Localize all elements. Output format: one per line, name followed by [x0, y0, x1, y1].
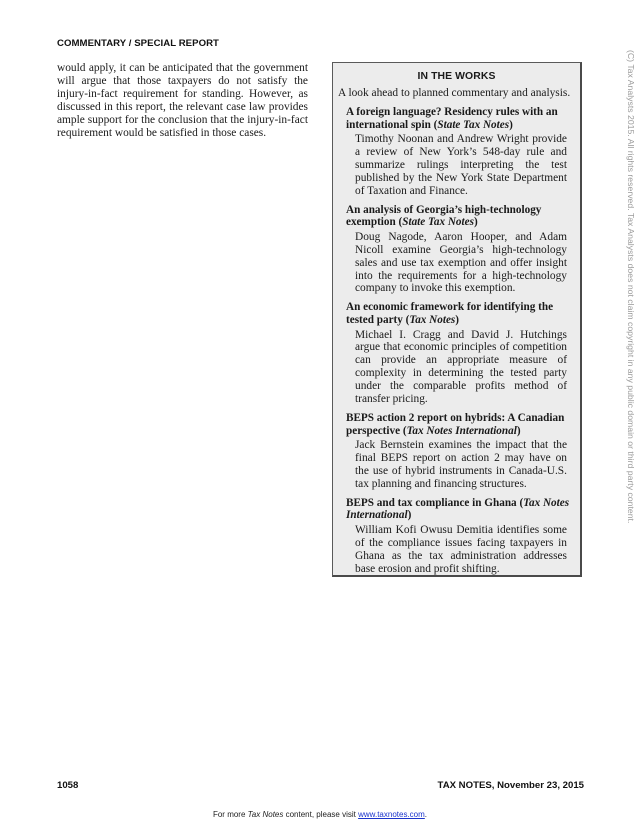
- item-title: A foreign language? Residency rules with…: [338, 106, 575, 131]
- item-title-close: ): [408, 509, 412, 521]
- in-the-works-sidebar: IN THE WORKS A look ahead to planned com…: [332, 62, 582, 577]
- sidebar-intro: A look ahead to planned commentary and a…: [338, 87, 575, 100]
- item-title: BEPS action 2 report on hybrids: A Canad…: [338, 412, 575, 437]
- item-description: Timothy Noonan and Andrew Wright pro­vid…: [338, 133, 575, 198]
- item-title: An analysis of Georgia’s high-technology…: [338, 204, 575, 229]
- item-description: Doug Nagode, Aaron Hooper, and Adam Nico…: [338, 231, 575, 296]
- footer-note-middle: content, please visit: [283, 810, 358, 819]
- footer-note-italic: Tax Notes: [248, 810, 284, 819]
- taxnotes-link[interactable]: www.taxnotes.com: [358, 810, 425, 819]
- item-title: BEPS and tax compliance in Ghana (Tax No…: [338, 497, 575, 522]
- sidebar-item: A foreign language? Residency rules with…: [338, 106, 575, 198]
- sidebar-item: An economic framework for identifying th…: [338, 301, 575, 406]
- item-title-close: ): [474, 216, 478, 228]
- running-head: COMMENTARY / SPECIAL REPORT: [57, 38, 219, 49]
- footer-note: For more Tax Notes content, please visit…: [0, 810, 640, 819]
- item-title-close: ): [455, 314, 459, 326]
- item-description: Michael I. Cragg and David J. Hutchings …: [338, 329, 575, 406]
- item-publication: State Tax Notes: [437, 119, 509, 131]
- body-paragraph: would apply, it can be anticipated that …: [57, 62, 308, 139]
- sidebar-item: BEPS and tax compliance in Ghana (Tax No…: [338, 497, 575, 576]
- publication-date: TAX NOTES, November 23, 2015: [438, 780, 584, 791]
- item-publication: State Tax Notes: [402, 216, 474, 228]
- item-publication: Tax Notes International: [407, 425, 517, 437]
- footer-note-suffix: .: [425, 810, 427, 819]
- item-title-close: ): [509, 119, 513, 131]
- item-description: William Kofi Owusu Demitia identifies so…: [338, 524, 575, 576]
- copyright-watermark: (C) Tax Analysts 2015. All rights reserv…: [624, 50, 636, 570]
- item-description: Jack Bernstein examines the impact that …: [338, 439, 575, 491]
- sidebar-item: An analysis of Georgia’s high-technology…: [338, 204, 575, 296]
- footer-note-prefix: For more: [213, 810, 248, 819]
- item-publication: Tax Notes: [409, 314, 455, 326]
- sidebar-title: IN THE WORKS: [338, 71, 575, 82]
- item-title-close: ): [517, 425, 521, 437]
- body-text-column: would apply, it can be anticipated that …: [57, 62, 308, 139]
- sidebar-item: BEPS action 2 report on hybrids: A Canad…: [338, 412, 575, 491]
- page-number: 1058: [57, 780, 78, 791]
- item-title-text: BEPS and tax compliance in Ghana (: [346, 497, 523, 509]
- watermark-text: (C) Tax Analysts 2015. All rights reserv…: [626, 50, 636, 523]
- item-title: An economic framework for identifying th…: [338, 301, 575, 326]
